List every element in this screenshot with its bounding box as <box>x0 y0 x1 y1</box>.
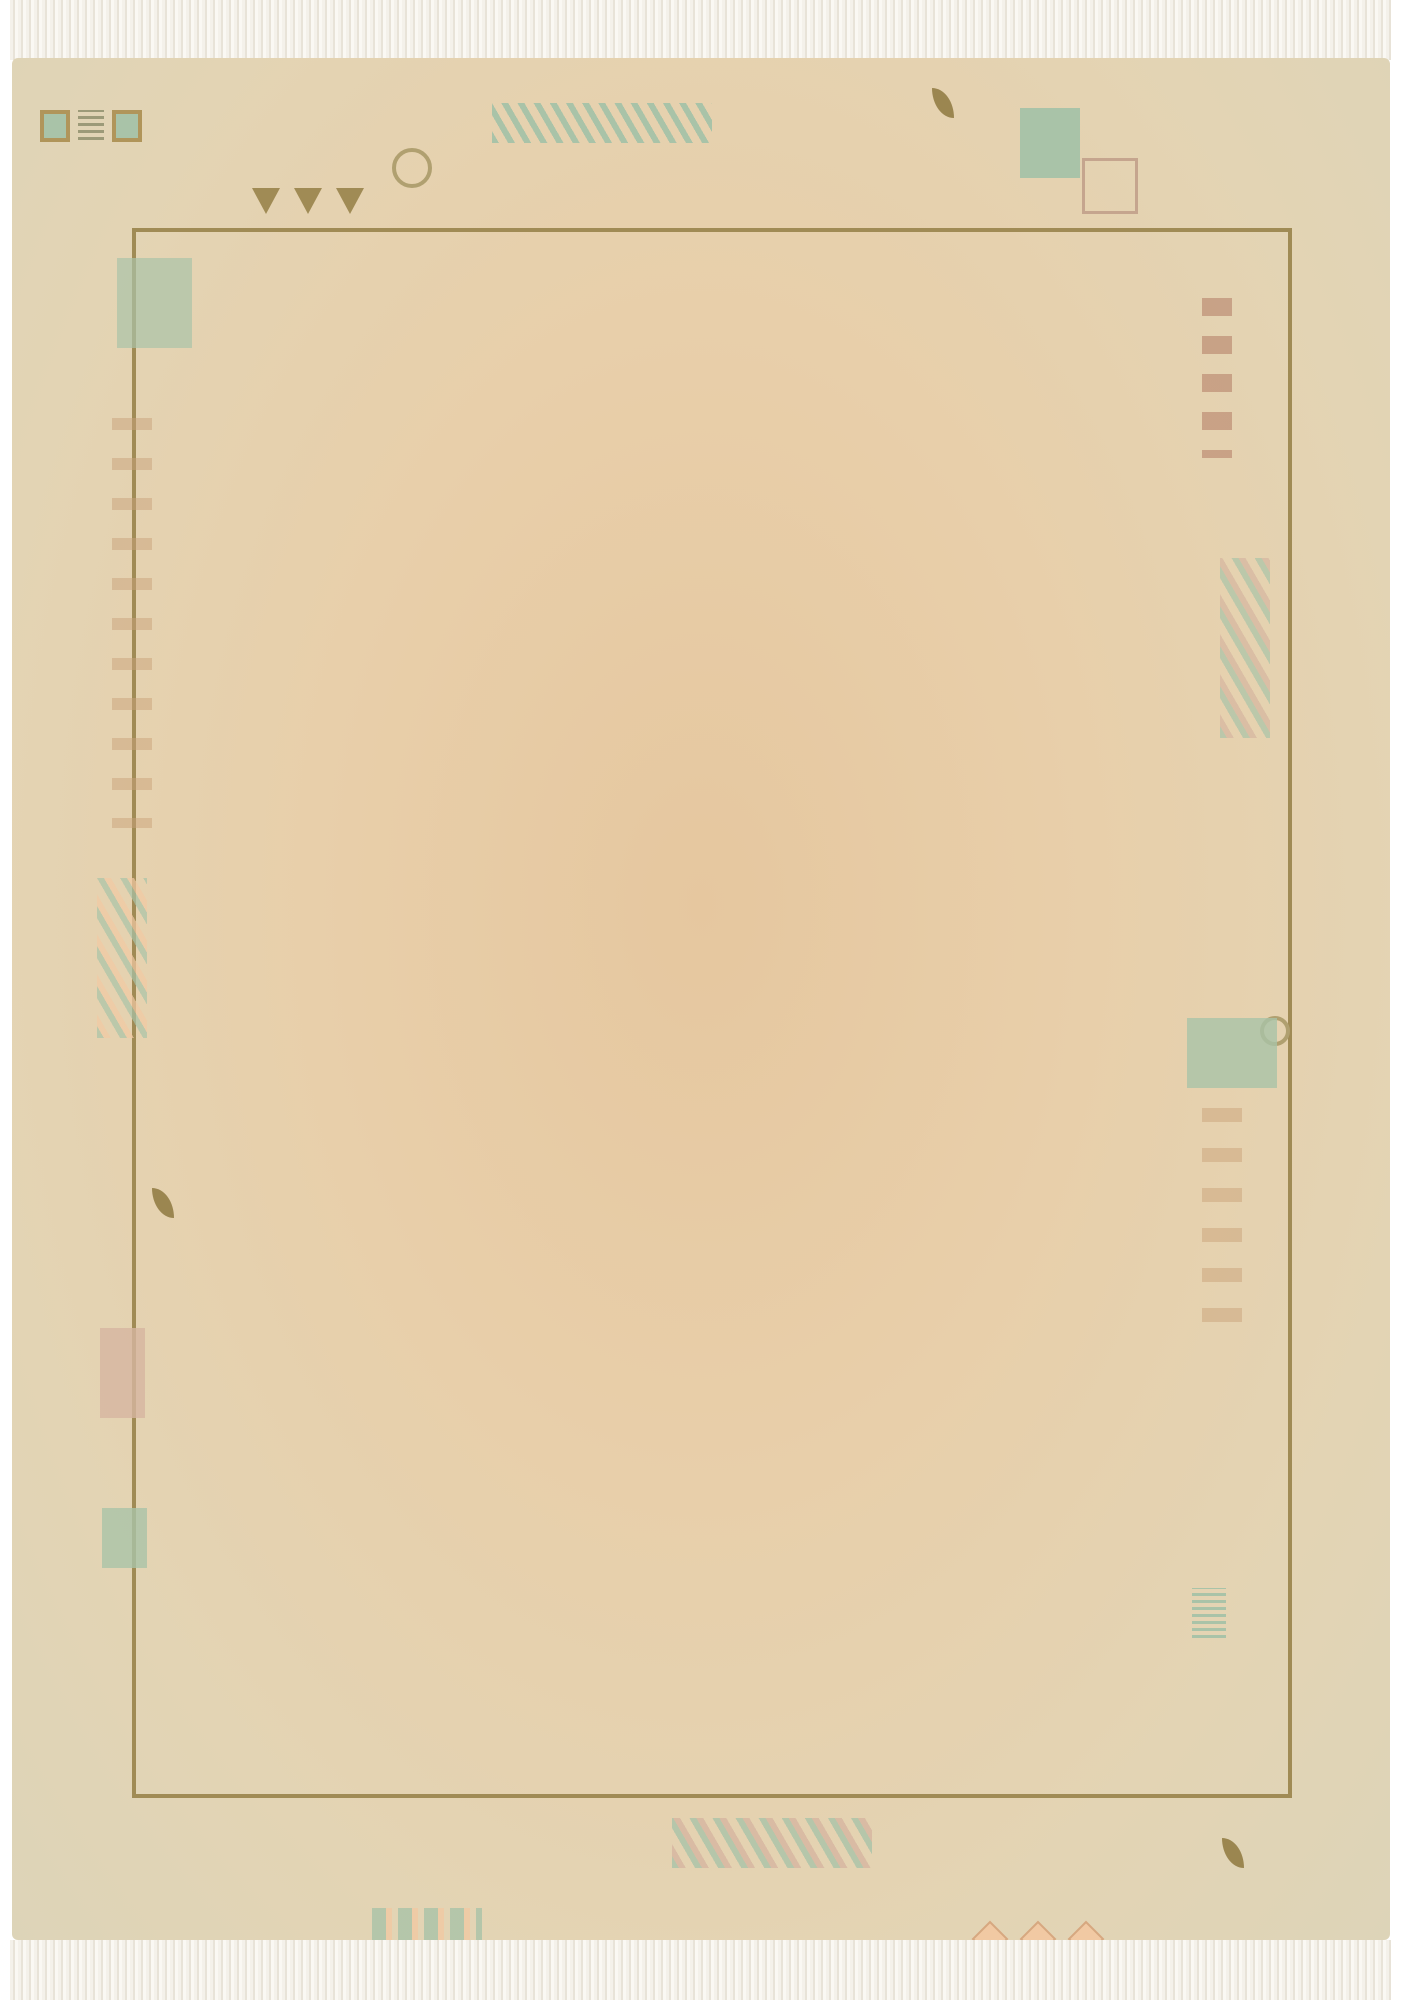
corner-box-motif-top-left <box>40 110 142 142</box>
right-stripe-motif <box>1192 1588 1226 1638</box>
right-green-block <box>1187 1018 1277 1088</box>
zigzag-motif-bottom <box>672 1818 872 1868</box>
zigzag-motif-top <box>492 103 712 143</box>
bottom-fringe <box>10 1940 1391 2000</box>
right-column-squares <box>1202 298 1232 458</box>
rug <box>12 58 1390 1940</box>
right-triangle-stack <box>1220 558 1270 738</box>
left-triangle-stack <box>97 878 147 1038</box>
left-column-pattern <box>112 418 152 828</box>
left-green-square <box>102 1508 147 1568</box>
green-block-top-right <box>1020 108 1080 178</box>
right-column-pattern <box>1202 1108 1242 1328</box>
triangle-motifs-top <box>252 188 364 214</box>
top-fringe <box>10 0 1391 60</box>
spiral-motif-top <box>392 148 432 188</box>
left-diamond-panel <box>100 1328 145 1418</box>
leaf-motif-bottom-right <box>1222 1838 1244 1868</box>
flower-box-top-right <box>1082 158 1138 214</box>
left-panel-motif <box>117 258 192 348</box>
inner-border-line <box>132 228 1292 1798</box>
leaf-motif-top <box>932 88 954 118</box>
